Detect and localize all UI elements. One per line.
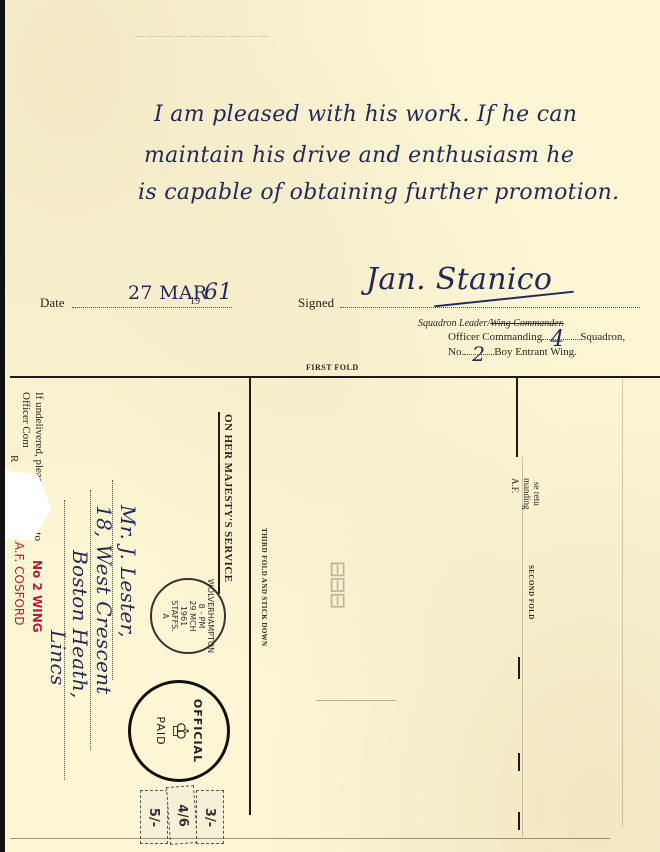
envelope-divider-left — [249, 377, 251, 815]
rank-squadron-leader: Squadron Leader/ — [418, 318, 490, 329]
document-sheet: — — — — — — — — — — I am pleased with hi… — [4, 0, 660, 852]
red-stamp-wing: No 2 WING — [30, 560, 44, 633]
postmark-letter: A — [161, 579, 170, 653]
first-fold-line — [10, 376, 660, 378]
first-fold-label: FIRST FOLD — [306, 363, 359, 372]
undelivered-line-3: R — [8, 455, 20, 462]
postage-label-1: 5/- — [140, 790, 168, 844]
signed-label: Signed — [298, 295, 334, 311]
envelope-divider-right — [516, 377, 518, 457]
partial-text-line-1: se retu — [532, 482, 542, 506]
second-fold-label: SECOND FOLD — [527, 565, 535, 620]
wing-label: Boy Entrant Wing. — [494, 346, 577, 358]
crown-icon: ♔ — [167, 699, 191, 763]
postmark-date: 29 MCH — [188, 579, 197, 653]
faint-right-margin — [622, 377, 623, 827]
flap-mark-1 — [518, 657, 520, 679]
signature-dotted-line — [340, 307, 640, 308]
address-dotted-line-2 — [90, 490, 91, 750]
signature: Jan. Stanico — [366, 262, 552, 297]
date-year-suffix: 61 — [204, 280, 233, 305]
faint-form-text: — — — — — — — — — — — [134, 30, 269, 42]
address-dotted-line-3 — [64, 500, 65, 780]
address-line-3: Boston Heath, — [68, 550, 92, 699]
postage-value-2: 4/6 — [174, 803, 191, 827]
remarks-line-3: is capable of obtaining further promotio… — [138, 180, 619, 205]
address-line-4: Lincs — [46, 630, 70, 686]
official-paid-stamp: OFFICIAL ♔ PAID — [128, 680, 230, 782]
squadron-number-field: 4 — [542, 339, 580, 340]
postage-label-3: 3/- — [196, 790, 224, 844]
postage-label-2: 4/6 — [166, 785, 198, 845]
postage-value-1: 5/- — [146, 807, 161, 826]
remarks-line-2: maintain his drive and enthusiasm he — [144, 143, 574, 168]
address-line-1: Mr. J. Lester, — [116, 505, 140, 638]
wing-number-field: 2 — [464, 354, 494, 355]
officer-commanding-label: Officer Commanding — [448, 331, 542, 343]
postmark-county: STAFFS. — [170, 579, 179, 653]
no-label: No. — [448, 346, 464, 358]
official-stamp-top-text: OFFICIAL — [191, 699, 204, 763]
postmark-town: WOLVERHAMPTON — [206, 579, 215, 653]
date-year-prefix: 19 — [190, 296, 200, 307]
undelivered-line-2: Officer Com — [20, 392, 32, 448]
bottom-edge — [10, 838, 610, 839]
undelivered-line-1: If undelivered, pleas — [33, 392, 45, 482]
postmark-time: 8 - PM — [197, 579, 206, 653]
postmark-year: 1961 — [179, 579, 188, 653]
date-label: Date — [40, 295, 65, 311]
squadron-label: Squadron, — [580, 331, 625, 343]
red-stamp-station: R.A.F. COSFORD — [12, 530, 26, 626]
partial-text-line-3: A.F. — [510, 478, 520, 493]
faint-box-top — [316, 700, 396, 701]
wing-number: 2 — [472, 342, 485, 366]
undelivered-notice: If undelivered, pleas — [32, 392, 45, 482]
wolverhampton-postmark: WOLVERHAMPTON 8 - PM 29 MCH 1961 STAFFS.… — [150, 578, 226, 654]
official-stamp-bottom-text: PAID — [154, 699, 167, 763]
second-fold-flap — [494, 457, 523, 837]
remarks-line-1: I am pleased with his work. If he can — [154, 102, 577, 127]
ohms-heading: ON HER MAJESTY'S SERVICE — [222, 414, 234, 582]
ohms-underline — [218, 412, 220, 594]
address-dotted-line-1 — [112, 480, 113, 680]
postage-value-3: 3/- — [202, 807, 217, 826]
date-dotted-line — [72, 307, 232, 308]
flap-mark-3 — [518, 812, 520, 830]
scan-edge — [0, 0, 5, 852]
rank-line: Squadron Leader/Wing Commander. — [418, 318, 564, 329]
faint-show-through-text: ⊟⊟⊟ — [322, 562, 352, 609]
partial-text-line-2: manding — [522, 478, 532, 510]
wing-line: No.2Boy Entrant Wing. — [448, 346, 577, 358]
third-fold-label: THIRD FOLD AND STICK DOWN — [260, 528, 268, 647]
flap-mark-2 — [518, 753, 520, 771]
